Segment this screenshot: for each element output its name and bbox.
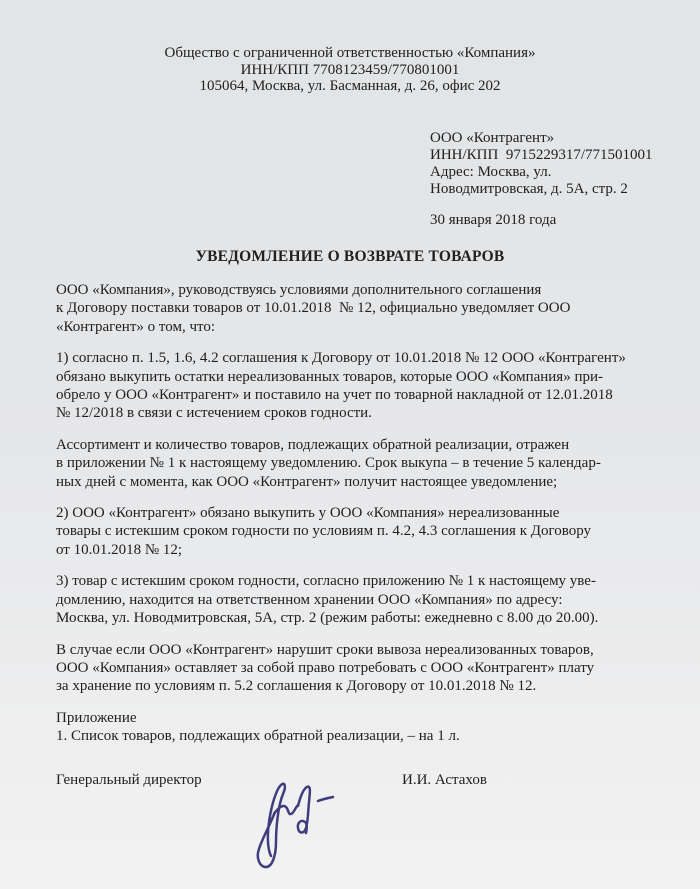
document-date: 30 января 2018 года bbox=[430, 212, 556, 229]
signature-position: Генеральный директор bbox=[56, 772, 202, 789]
paragraph-intro: ООО «Компания», руководствуясь условиями… bbox=[56, 281, 666, 336]
paragraph-clause-3: 3) товар с истекшим сроком годности, сог… bbox=[56, 572, 666, 627]
paragraph-assortment: Ассортимент и количество товаров, подлеж… bbox=[56, 436, 666, 491]
document-page: Общество с ограниченной ответственностью… bbox=[0, 0, 700, 889]
document-body: ООО «Компания», руководствуясь условиями… bbox=[56, 281, 666, 759]
document-title: УВЕДОМЛЕНИЕ О ВОЗВРАТЕ ТОВАРОВ bbox=[0, 248, 700, 266]
paragraph-storage-warning: В случае если ООО «Контрагент» нарушит с… bbox=[56, 641, 666, 696]
signature-stroke-tail bbox=[298, 787, 310, 833]
signature-dash bbox=[318, 797, 333, 801]
signature-name: И.И. Астахов bbox=[402, 772, 487, 789]
signature-stroke-main bbox=[258, 784, 285, 867]
signature-scribble-icon bbox=[250, 778, 342, 874]
paragraph-clause-1: 1) согласно п. 1.5, 1.6, 4.2 соглашения … bbox=[56, 349, 666, 423]
paragraph-attachment: Приложение 1. Список товаров, подлежащих… bbox=[56, 709, 666, 746]
paragraph-clause-2: 2) ООО «Контрагент» обязано выкупить у О… bbox=[56, 504, 666, 559]
recipient-block: ООО «Контрагент» ИНН/КПП 9715229317/7715… bbox=[430, 130, 653, 198]
sender-block: Общество с ограниченной ответственностью… bbox=[0, 45, 700, 95]
